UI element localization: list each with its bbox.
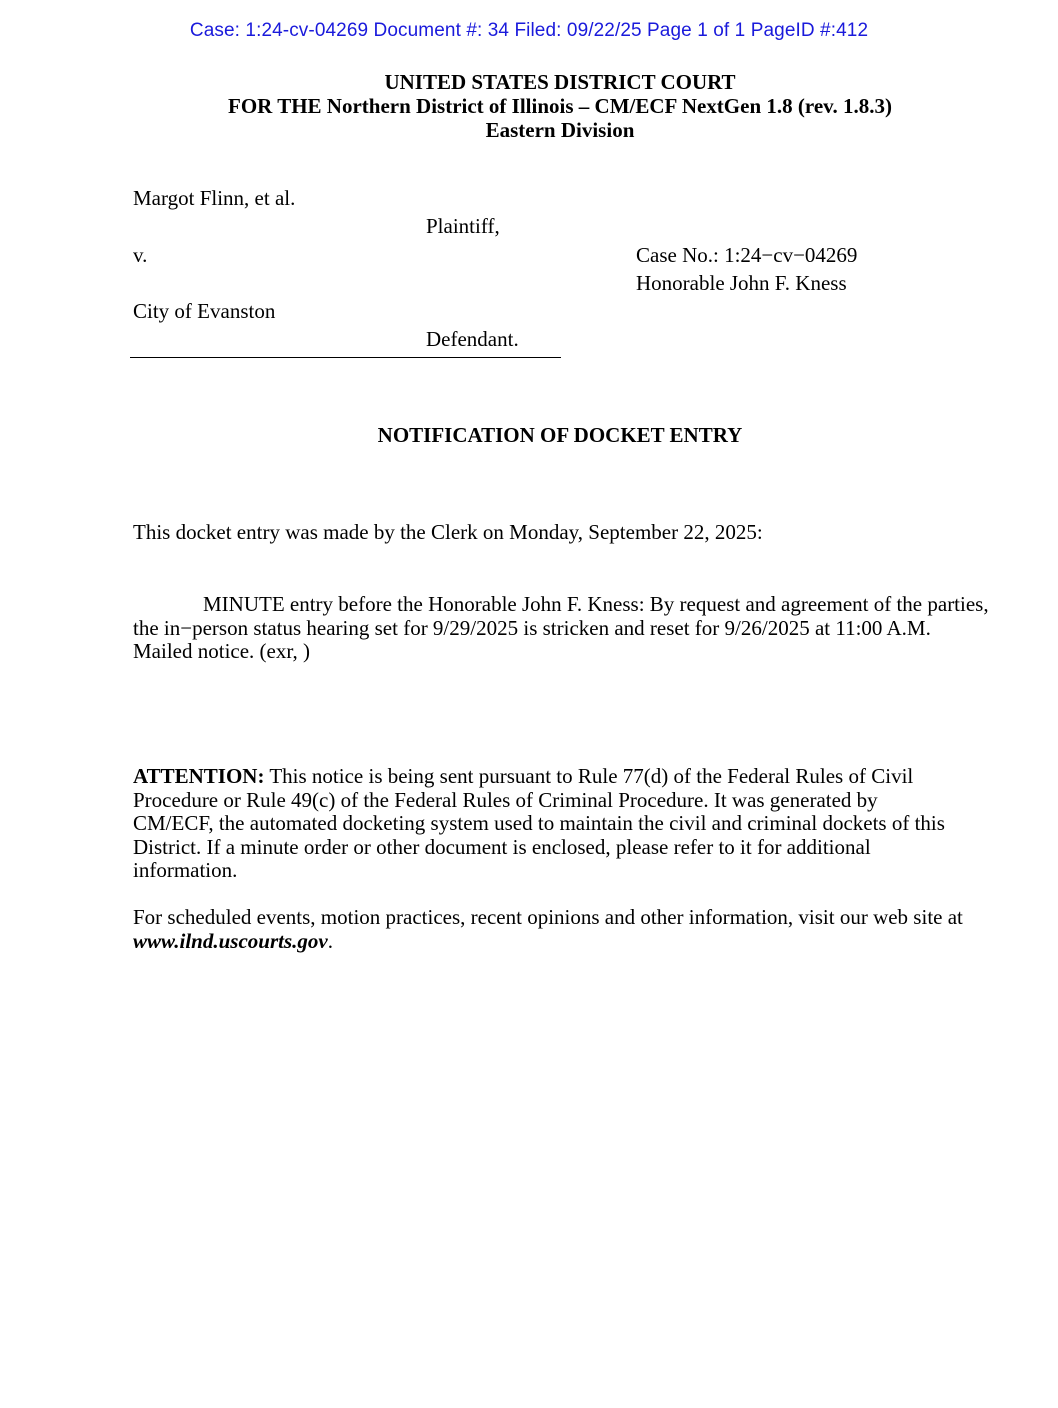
- defendant-label: Defendant.: [426, 327, 519, 351]
- court-division: Eastern Division: [100, 118, 1020, 142]
- notice-title: NOTIFICATION OF DOCKET ENTRY: [0, 423, 1058, 448]
- case-number: Case No.: 1:24−cv−04269: [636, 243, 857, 267]
- versus-label: v.: [133, 243, 147, 267]
- court-name: UNITED STATES DISTRICT COURT: [100, 70, 1020, 94]
- defendant-name: City of Evanston: [133, 299, 275, 323]
- filing-header-stamp: Case: 1:24-cv-04269 Document #: 34 Filed…: [0, 20, 1058, 42]
- plaintiff-name: Margot Flinn, et al.: [133, 186, 295, 210]
- minute-entry-text: MINUTE entry before the Honorable John F…: [133, 592, 989, 663]
- website-suffix: .: [328, 929, 333, 953]
- attention-paragraph: ATTENTION: This notice is being sent pur…: [133, 765, 963, 883]
- court-district: FOR THE Northern District of Illinois – …: [100, 94, 1020, 118]
- website-paragraph: For scheduled events, motion practices, …: [133, 906, 963, 953]
- minute-entry: MINUTE entry before the Honorable John F…: [133, 593, 993, 664]
- attention-label: ATTENTION:: [133, 764, 264, 788]
- caption-divider: [130, 357, 561, 358]
- entry-intro: This docket entry was made by the Clerk …: [133, 521, 983, 545]
- website-link[interactable]: www.ilnd.uscourts.gov: [133, 929, 328, 953]
- court-heading: UNITED STATES DISTRICT COURT FOR THE Nor…: [100, 70, 1020, 142]
- judge-name: Honorable John F. Kness: [636, 271, 847, 295]
- plaintiff-label: Plaintiff,: [426, 214, 500, 238]
- website-prefix: For scheduled events, motion practices, …: [133, 905, 963, 929]
